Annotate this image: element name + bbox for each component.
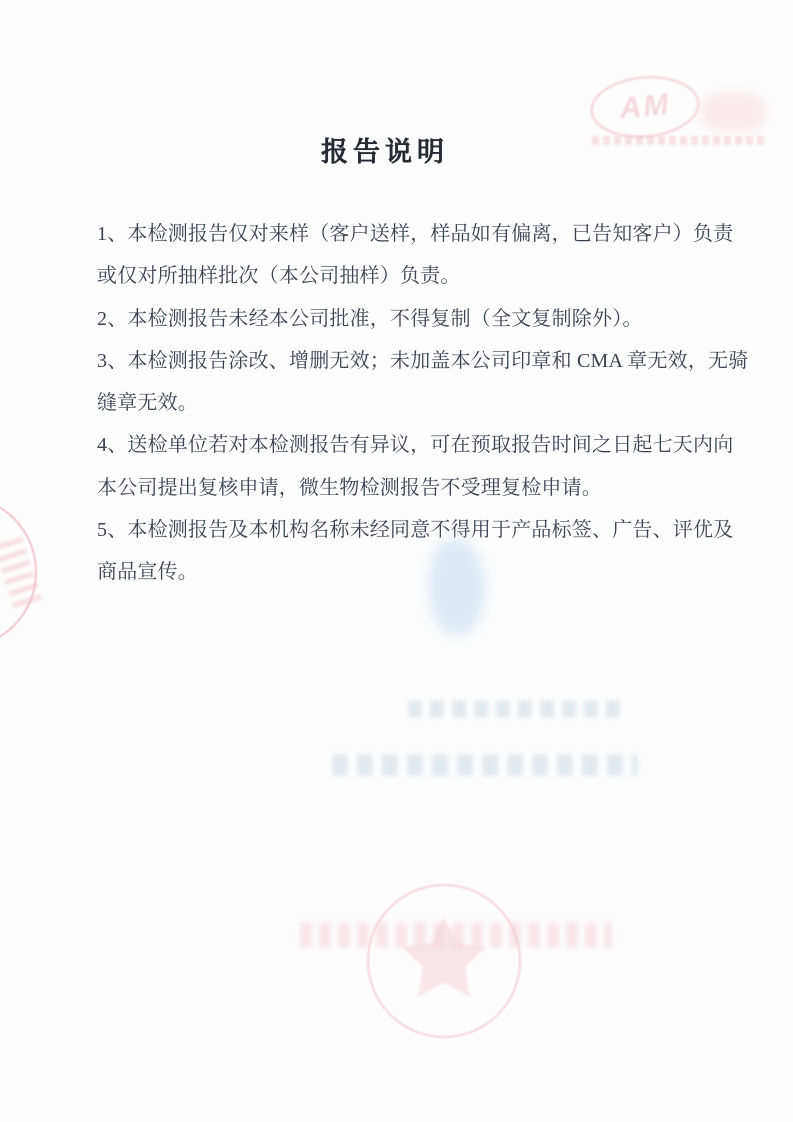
note-5-line-2: 商品宣传。 xyxy=(97,551,722,593)
report-notes: 1、本检测报告仅对来样（客户送样，样品如有偏离，已告知客户）负责 或仅对所抽样批… xyxy=(97,213,722,594)
note-4-line-1: 4、送检单位若对本检测报告有异议，可在预取报告时间之日起七天内向 xyxy=(97,424,722,466)
note-4-line-2: 本公司提出复核申请，微生物检测报告不受理复检申请。 xyxy=(97,467,722,509)
note-2-line-1: 2、本检测报告未经本公司批准，不得复制（全文复制除外）。 xyxy=(97,298,722,340)
bleedthrough-text-row-2 xyxy=(332,754,638,776)
bleedthrough-text-row-1 xyxy=(408,700,624,718)
scanned-report-page: AM 报告说明 1、本检测报告仅对来样（客户送样，样品如有偏离，已告知客户）负责… xyxy=(0,0,793,1122)
page-title: 报告说明 xyxy=(321,130,449,169)
official-round-seal-stamp xyxy=(364,881,524,1041)
note-3-line-2: 缝章无效。 xyxy=(97,382,722,424)
note-5-line-1: 5、本检测报告及本机构名称未经同意不得用于产品标签、广告、评优及 xyxy=(97,509,722,551)
logo-watermark-caption-text xyxy=(592,136,764,145)
blue-ink-watermark xyxy=(428,538,486,636)
company-logo-watermark: AM xyxy=(588,71,703,142)
logo-watermark-smear xyxy=(700,92,766,132)
company-logo-text: AM xyxy=(618,88,671,126)
note-3-line-1: 3、本检测报告涂改、增删无效；未加盖本公司印章和 CMA 章无效，无骑 xyxy=(97,340,722,382)
star-icon xyxy=(402,917,486,996)
note-1-line-2: 或仅对所抽样批次（本公司抽样）负责。 xyxy=(97,255,722,297)
note-1-line-1: 1、本检测报告仅对来样（客户送样，样品如有偏离，已告知客户）负责 xyxy=(97,213,722,255)
